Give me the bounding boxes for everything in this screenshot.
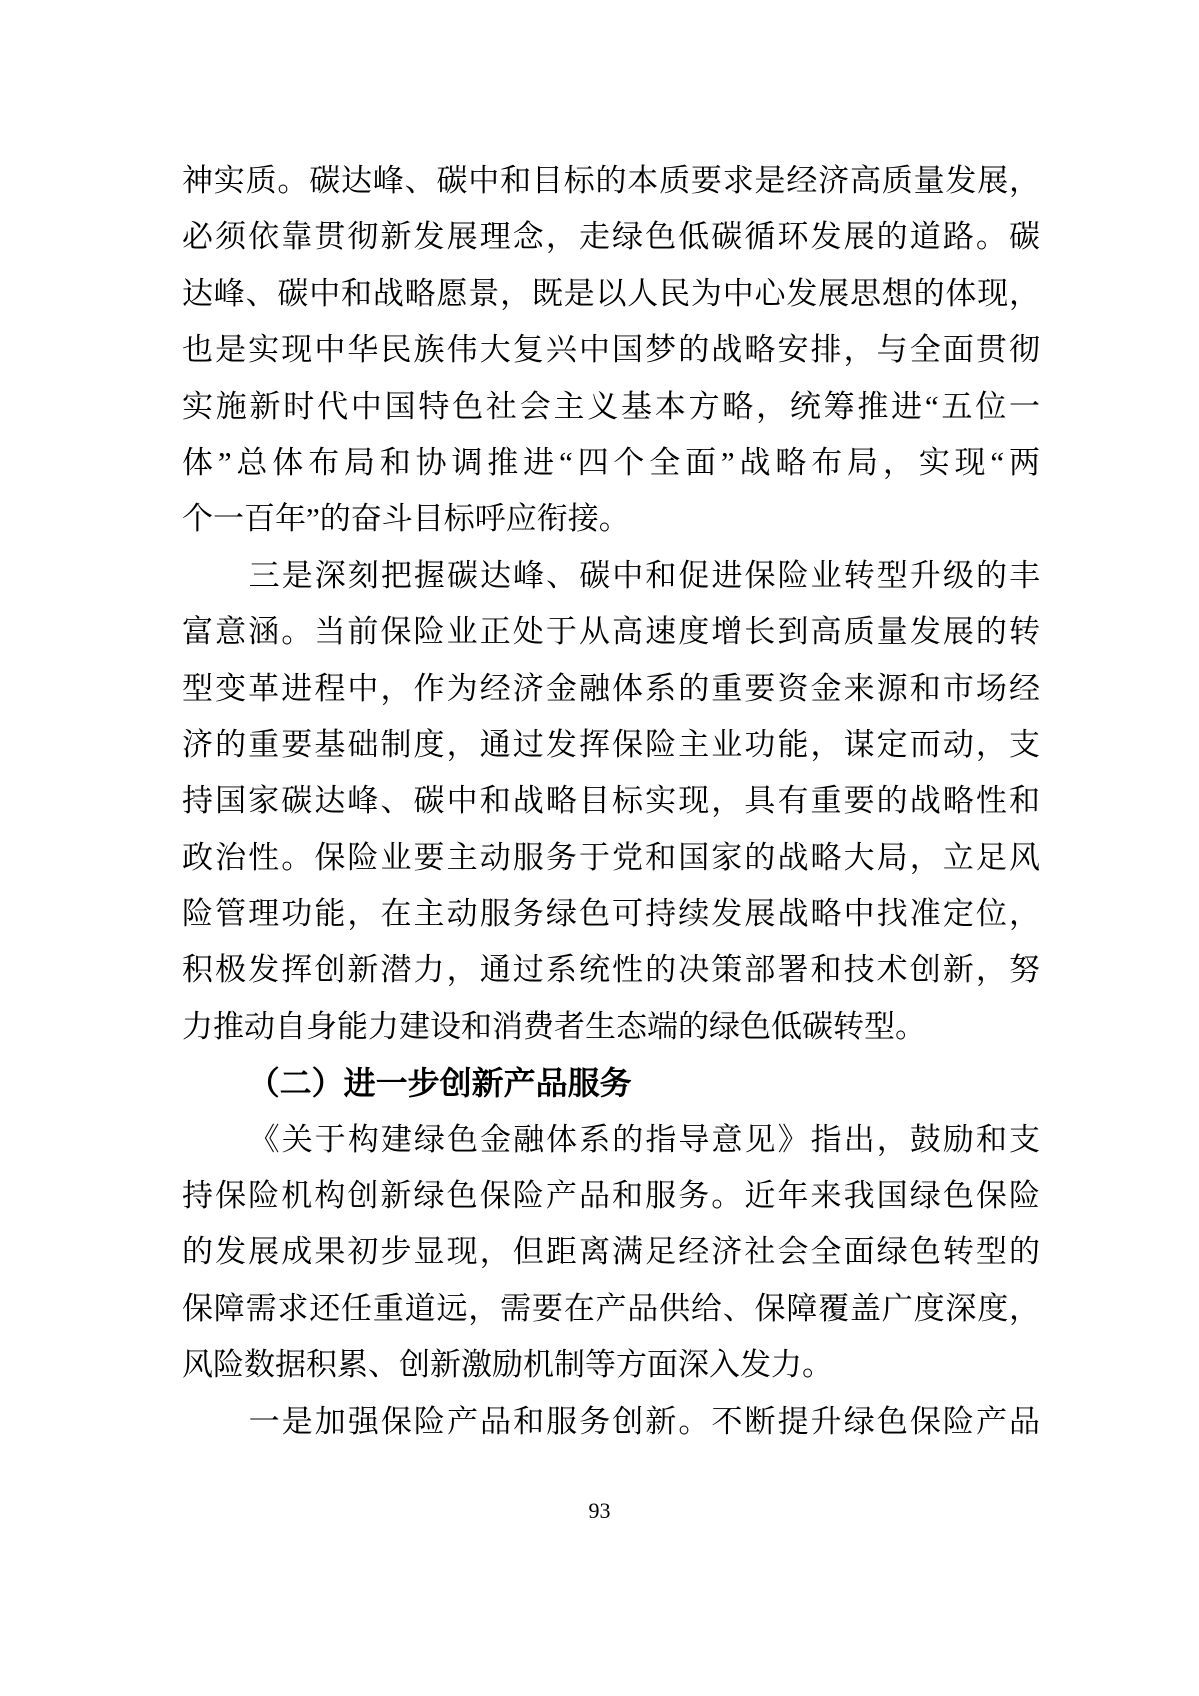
text-line: 力推动自身能力建设和消费者生态端的绿色低碳转型。 [182, 999, 1040, 1055]
text-line: 实施新时代中国特色社会主义基本方略，统筹推进“五位一 [182, 379, 1040, 435]
text-line: 富意涵。当前保险业正处于从高速度增长到高质量发展的转 [182, 604, 1040, 660]
text-line: 风险数据积累、创新激励机制等方面深入发力。 [182, 1337, 1040, 1393]
text-line: 险管理功能，在主动服务绿色可持续发展战略中找准定位， [182, 886, 1040, 942]
text-line: 保障需求还任重道远，需要在产品供给、保障覆盖广度深度， [182, 1281, 1040, 1337]
text-line: 济的重要基础制度，通过发挥保险主业功能，谋定而动，支 [182, 717, 1040, 773]
text-line: 积极发挥创新潜力，通过系统性的决策部署和技术创新，努 [182, 942, 1040, 998]
section-heading: （二）进一步创新产品服务 [182, 1055, 1040, 1111]
text-line: 三是深刻把握碳达峰、碳中和促进保险业转型升级的丰 [182, 548, 1040, 604]
text-block: 神实质。碳达峰、碳中和目标的本质要求是经济高质量发展，必须依靠贯彻新发展理念，走… [182, 153, 1040, 1450]
text-line: 达峰、碳中和战略愿景，既是以人民为中心发展思想的体现， [182, 266, 1040, 322]
text-line: 体”总体布局和协调推进“四个全面”战略布局，实现“两 [182, 435, 1040, 491]
page-number: 93 [0, 1498, 1199, 1524]
text-line: 的发展成果初步显现，但距离满足经济社会全面绿色转型的 [182, 1224, 1040, 1280]
text-line: 神实质。碳达峰、碳中和目标的本质要求是经济高质量发展， [182, 153, 1040, 209]
document-page: 神实质。碳达峰、碳中和目标的本质要求是经济高质量发展，必须依靠贯彻新发展理念，走… [0, 0, 1199, 1696]
text-line: 持保险机构创新绿色保险产品和服务。近年来我国绿色保险 [182, 1168, 1040, 1224]
text-line: 一是加强保险产品和服务创新。不断提升绿色保险产品 [182, 1394, 1040, 1450]
text-line: 持国家碳达峰、碳中和战略目标实现，具有重要的战略性和 [182, 773, 1040, 829]
text-line: 型变革进程中，作为经济金融体系的重要资金来源和市场经 [182, 661, 1040, 717]
text-line: 政治性。保险业要主动服务于党和国家的战略大局，立足风 [182, 830, 1040, 886]
text-line: 也是实现中华民族伟大复兴中国梦的战略安排，与全面贯彻 [182, 322, 1040, 378]
text-line: 个一百年”的奋斗目标呼应衔接。 [182, 491, 1040, 547]
text-line: 必须依靠贯彻新发展理念，走绿色低碳循环发展的道路。碳 [182, 209, 1040, 265]
text-line: 《关于构建绿色金融体系的指导意见》指出，鼓励和支 [182, 1112, 1040, 1168]
